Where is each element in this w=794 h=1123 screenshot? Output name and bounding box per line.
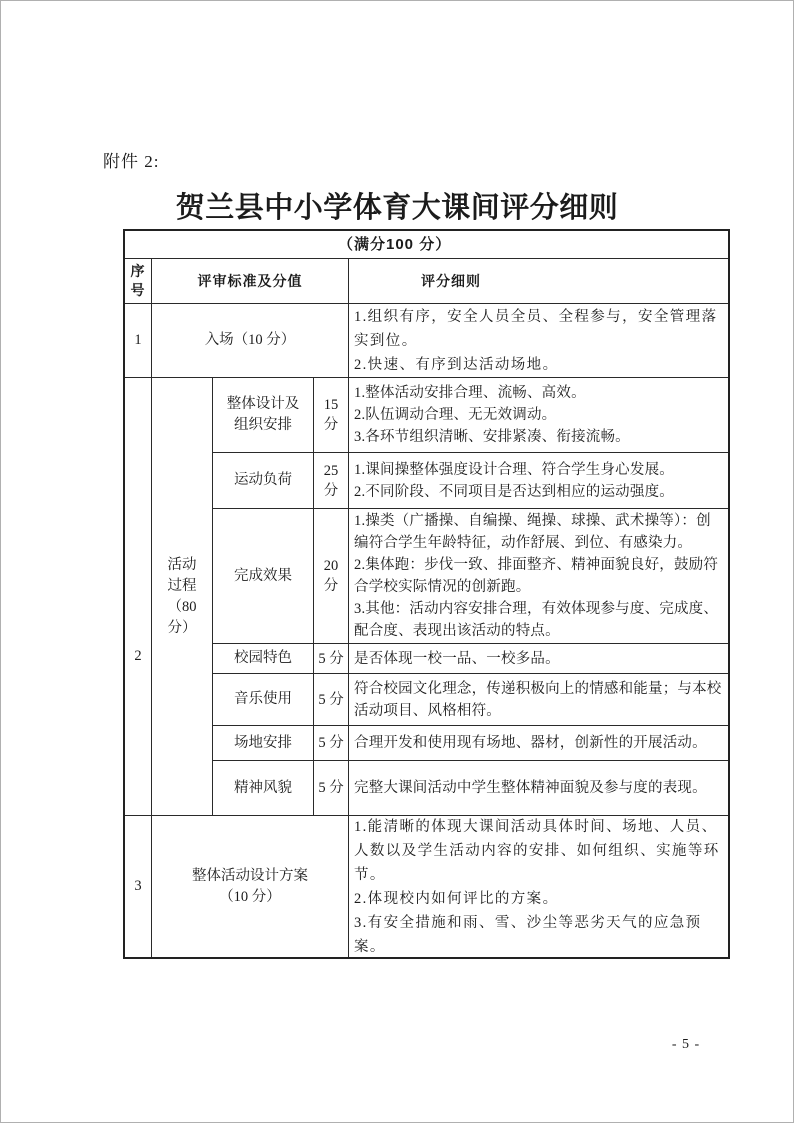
subitem-name: 音乐使用 <box>213 674 314 726</box>
subitem-score: 25 分 <box>314 453 349 509</box>
subitem-detail: 是否体现一校一品、一校多品。 <box>349 644 728 674</box>
row-standard: 整体活动设计方案 （10 分） <box>152 816 349 957</box>
subitem-score: 5 分 <box>314 761 349 816</box>
row-seq: 3 <box>125 816 152 957</box>
subitem-detail: 1.操类（广播操、自编操、绳操、球操、武术操等）：创编符合学生年龄特征，动作舒展… <box>349 509 728 644</box>
subitem-score: 5 分 <box>314 674 349 726</box>
subitem-name: 完成效果 <box>213 509 314 644</box>
table-caption: （满分100 分） <box>125 231 728 259</box>
attachment-label: 附件 2: <box>103 147 159 172</box>
row-detail: 1.组织有序，安全人员全员、全程参与，安全管理落实到位。 2.快速、有序到达活动… <box>349 304 728 378</box>
subitem-detail: 合理开发和使用现有场地、器材，创新性的开展活动。 <box>349 726 728 761</box>
subitem-detail: 1.课间操整体强度设计合理、符合学生身心发展。 2.不同阶段、不同项目是否达到相… <box>349 453 728 509</box>
subitem-score: 20 分 <box>314 509 349 644</box>
subitem-score: 15 分 <box>314 378 349 453</box>
subitem-score: 5 分 <box>314 644 349 674</box>
row-seq: 1 <box>125 304 152 378</box>
page-title: 贺兰县中小学体育大课间评分细则 <box>1 185 793 226</box>
header-seq: 序 号 <box>125 259 152 304</box>
header-detail: 评分细则 <box>349 259 728 304</box>
row-detail: 1.能清晰的体现大课间活动具体时间、场地、人员、人数以及学生活动内容的安排、如何… <box>349 816 728 957</box>
document-page: 附件 2: 贺兰县中小学体育大课间评分细则 （满分100 分） 序 号 评审标准… <box>0 0 794 1123</box>
subitem-name: 校园特色 <box>213 644 314 674</box>
row-standard: 入场（10 分） <box>152 304 349 378</box>
subitem-detail: 完整大课间活动中学生整体精神面貌及参与度的表现。 <box>349 761 728 816</box>
header-standard: 评审标准及分值 <box>152 259 349 304</box>
subitem-name: 运动负荷 <box>213 453 314 509</box>
page-number: - 5 - <box>651 1037 721 1053</box>
subitem-detail: 1.整体活动安排合理、流畅、高效。 2.队伍调动合理、无无效调动。 3.各环节组… <box>349 378 728 453</box>
subitem-name: 精神风貌 <box>213 761 314 816</box>
subitem-name: 场地安排 <box>213 726 314 761</box>
subitem-detail: 符合校园文化理念，传递积极向上的情感和能量；与本校活动项目、风格相符。 <box>349 674 728 726</box>
row-seq: 2 <box>125 378 152 816</box>
scoring-table: （满分100 分） 序 号 评审标准及分值 评分细则 1 入场（10 分） 1.… <box>123 229 730 959</box>
subitem-score: 5 分 <box>314 726 349 761</box>
subitem-name: 整体设计及 组织安排 <box>213 378 314 453</box>
row-group-label: 活动 过程 （80 分） <box>152 378 213 816</box>
